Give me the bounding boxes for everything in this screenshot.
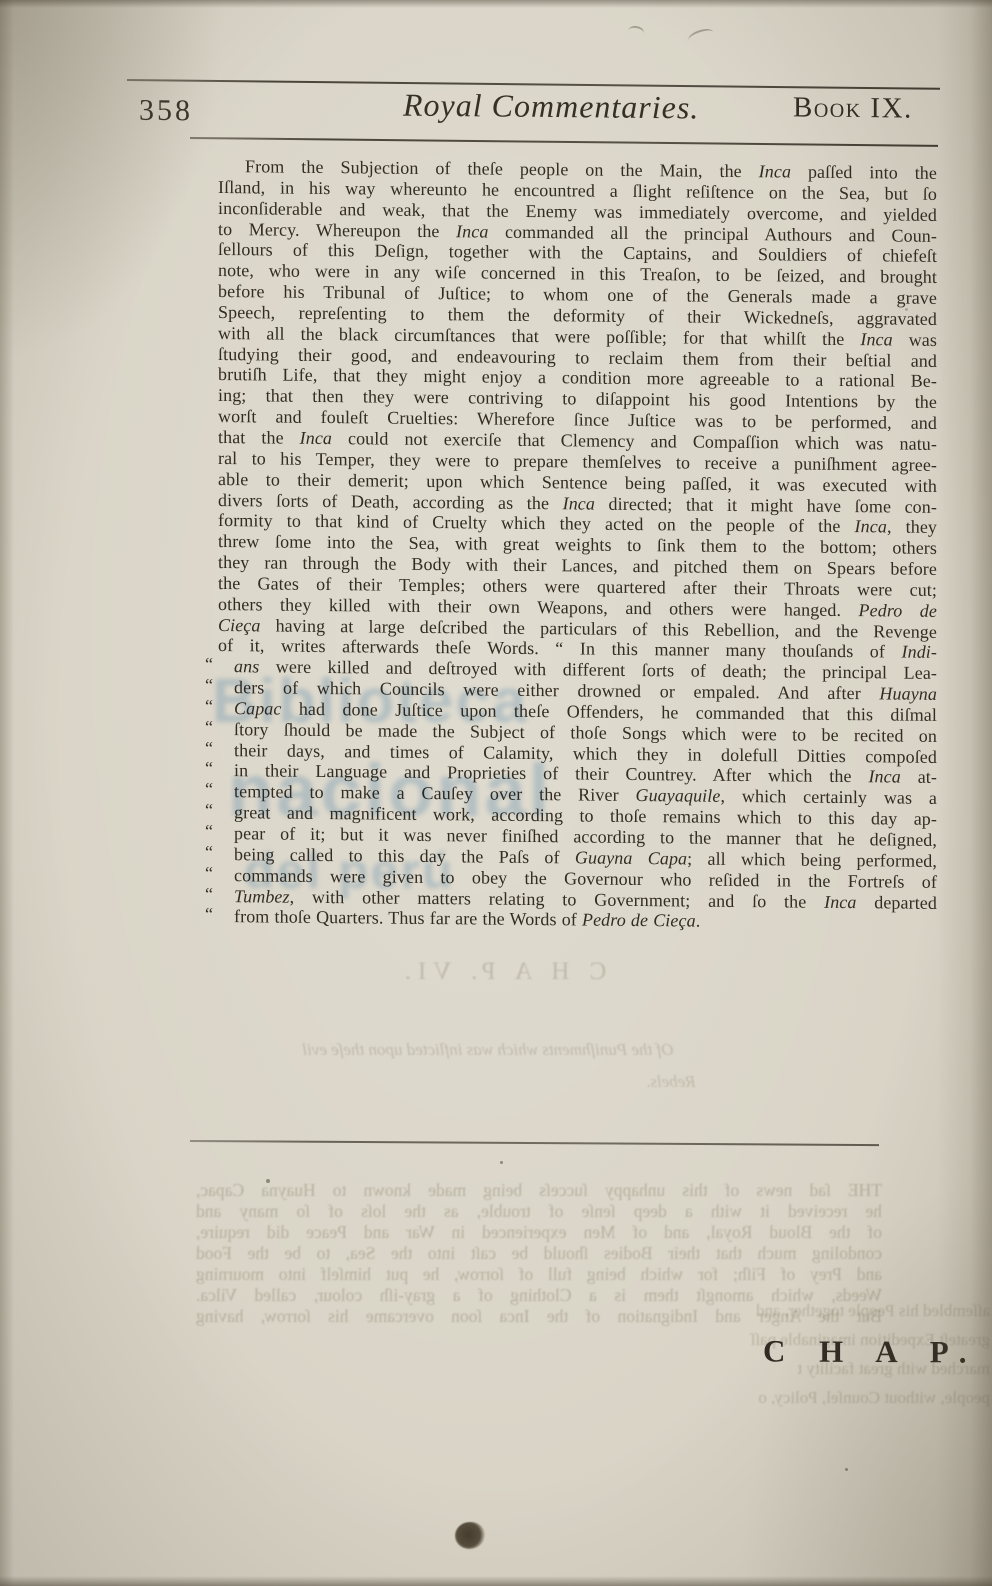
showthrough-chapter-subtitle: Of the Puniſhments which was inflicted u… bbox=[228, 1040, 748, 1060]
paper-speck bbox=[905, 308, 908, 311]
book-page-scan: 358 Royal Commentaries. Book IX. From th… bbox=[0, 0, 992, 1586]
margin-quote-mark: “ bbox=[205, 863, 213, 884]
paper-speck bbox=[266, 1179, 270, 1183]
margin-quote-mark: “ bbox=[205, 883, 213, 904]
margin-quote-mark: “ bbox=[205, 904, 213, 925]
showthrough-line: condoling much that their Bodies ſhould … bbox=[196, 1243, 882, 1264]
paper-speck bbox=[500, 1161, 503, 1164]
margin-quote-mark: “ bbox=[205, 758, 213, 779]
pencil-mark bbox=[627, 25, 645, 40]
margin-quote-mark: “ bbox=[205, 696, 213, 717]
showthrough-line: people, without Counſel, Policy, o bbox=[552, 1383, 990, 1412]
showthrough-line: he received it with a deep ſenſe of trou… bbox=[196, 1201, 882, 1222]
showthrough-line: of the Bloud Royal, and of Men experienc… bbox=[196, 1222, 882, 1243]
margin-quote-mark: “ bbox=[205, 717, 213, 738]
header-bottom-rule bbox=[190, 137, 938, 147]
margin-quote-mark: “ bbox=[205, 654, 213, 675]
page-number: 358 bbox=[139, 94, 193, 128]
ink-blot bbox=[455, 1522, 485, 1549]
showthrough-chapter-heading: C H A P. VI. bbox=[382, 958, 622, 986]
margin-quote-mark: “ bbox=[205, 800, 213, 821]
section-end-rule bbox=[190, 1140, 879, 1146]
margin-quote-mark: “ bbox=[205, 675, 213, 696]
showthrough-line: and Prey of Fiſh; for which being full o… bbox=[196, 1264, 882, 1285]
body-text: From the Subjection of theſe people on t… bbox=[218, 156, 937, 934]
paper-speck bbox=[845, 1468, 848, 1471]
margin-quote-mark: “ bbox=[205, 821, 213, 842]
pencil-mark bbox=[687, 26, 715, 45]
showthrough-line: THE ſad news of this unhappy ſucceſs bei… bbox=[196, 1180, 882, 1201]
showthrough-line: aſſembled his People together, and bbox=[552, 1296, 990, 1325]
margin-quote-mark: “ bbox=[205, 738, 213, 759]
running-title: Royal Commentaries. bbox=[403, 87, 699, 127]
showthrough-chapter-subtitle-2: Rebels. bbox=[606, 1072, 736, 1092]
margin-quote-mark: “ bbox=[205, 779, 213, 800]
catchword-chap: C H A P. bbox=[763, 1333, 980, 1370]
book-number-label: Book IX. bbox=[793, 91, 913, 125]
margin-quote-mark: “ bbox=[205, 842, 213, 863]
